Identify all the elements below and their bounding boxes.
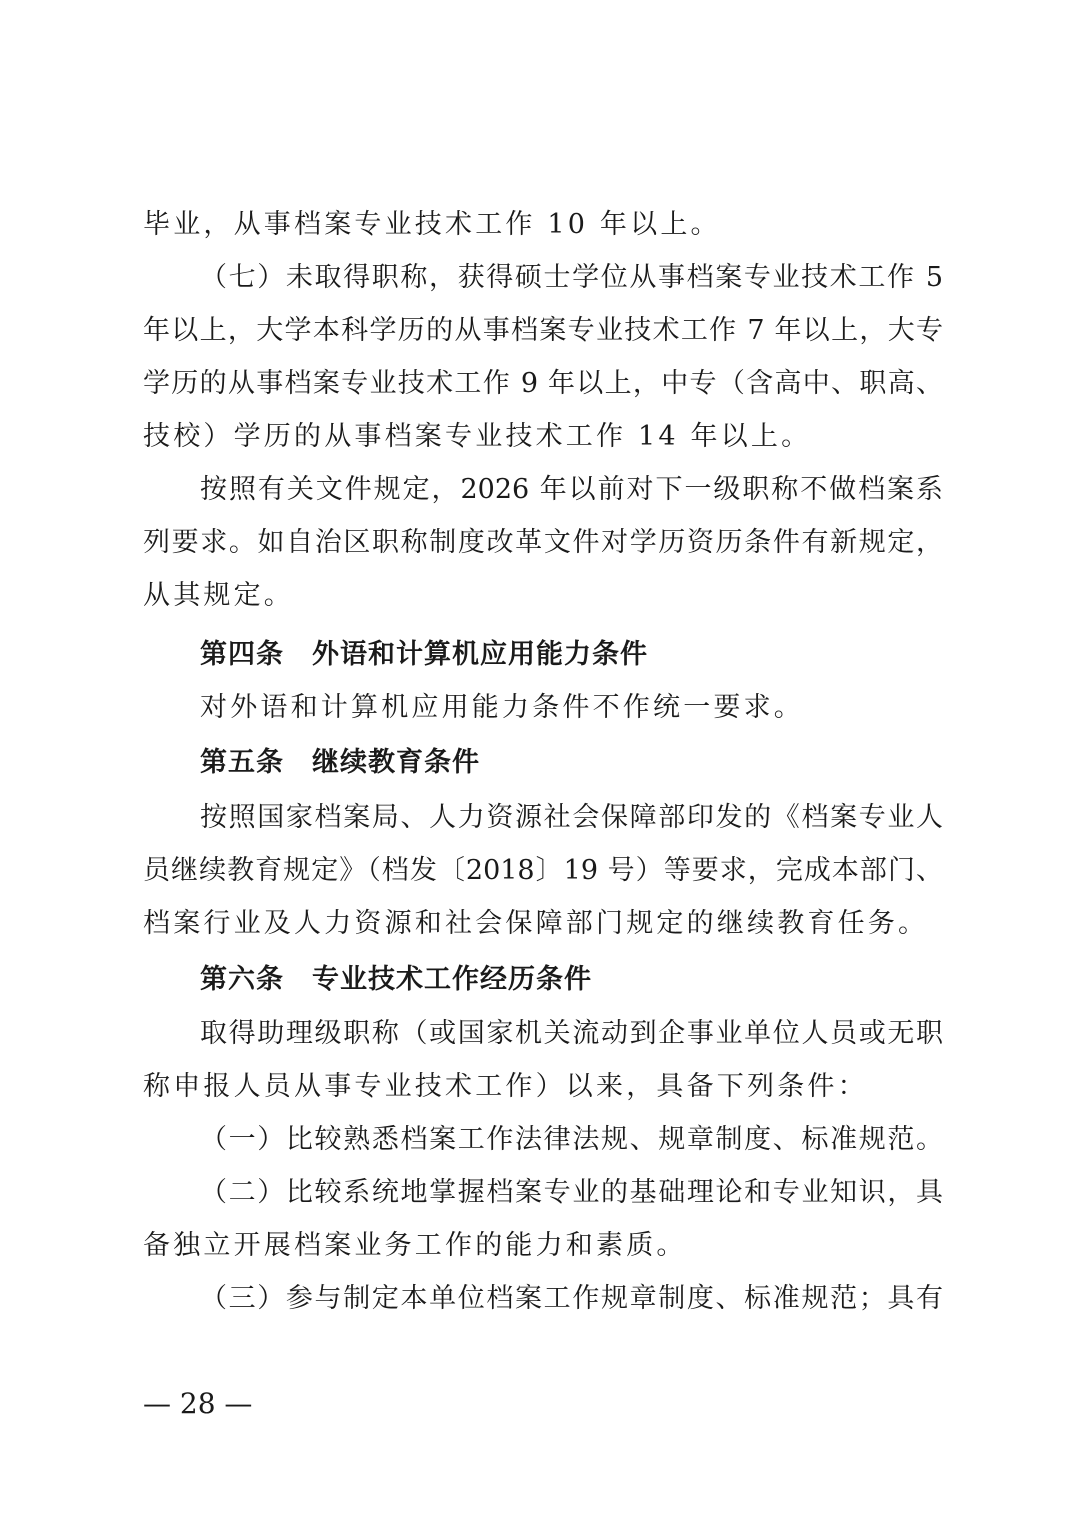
paragraph-line: 按照有关文件规定，2026 年以前对下一级职称不做档案系	[200, 472, 943, 508]
paragraph-line: 技校）学历的从事档案专业技术工作 14 年以上。	[143, 419, 943, 455]
paragraph-line: 列要求。如自治区职称制度改革文件对学历资历条件有新规定，	[143, 525, 943, 561]
paragraph-line: 按照国家档案局、人力资源社会保障部印发的《档案专业人	[200, 800, 943, 836]
article-heading-5: 第五条 继续教育条件	[200, 745, 943, 781]
paragraph-line: 年以上，大学本科学历的从事档案专业技术工作 7 年以上，大专	[143, 313, 943, 349]
paragraph-line: 取得助理级职称（或国家机关流动到企事业单位人员或无职	[200, 1016, 943, 1052]
document-page: 毕业，从事档案专业技术工作 10 年以上。 （七）未取得职称，获得硕士学位从事档…	[0, 0, 1074, 1520]
article-heading-4: 第四条 外语和计算机应用能力条件	[200, 637, 943, 673]
paragraph-line: 毕业，从事档案专业技术工作 10 年以上。	[143, 207, 943, 243]
paragraph-line: （一）比较熟悉档案工作法律法规、规章制度、标准规范。	[200, 1122, 943, 1158]
article-heading-6: 第六条 专业技术工作经历条件	[200, 962, 943, 998]
paragraph-line: 备独立开展档案业务工作的能力和素质。	[143, 1228, 943, 1264]
paragraph-line: 对外语和计算机应用能力条件不作统一要求。	[200, 690, 943, 726]
paragraph-line: （七）未取得职称，获得硕士学位从事档案专业技术工作 5	[200, 260, 943, 296]
paragraph-line: （二）比较系统地掌握档案专业的基础理论和专业知识，具	[200, 1175, 943, 1211]
paragraph-line: 员继续教育规定》（档发〔2018〕19 号）等要求，完成本部门、	[143, 853, 943, 889]
paragraph-line: （三）参与制定本单位档案工作规章制度、标准规范；具有	[200, 1281, 943, 1317]
paragraph-line: 档案行业及人力资源和社会保障部门规定的继续教育任务。	[143, 906, 943, 942]
paragraph-line: 称申报人员从事专业技术工作）以来，具备下列条件：	[143, 1069, 943, 1105]
page-number: — 28 —	[143, 1386, 252, 1422]
paragraph-line: 从其规定。	[143, 578, 943, 614]
paragraph-line: 学历的从事档案专业技术工作 9 年以上，中专（含高中、职高、	[143, 366, 943, 402]
